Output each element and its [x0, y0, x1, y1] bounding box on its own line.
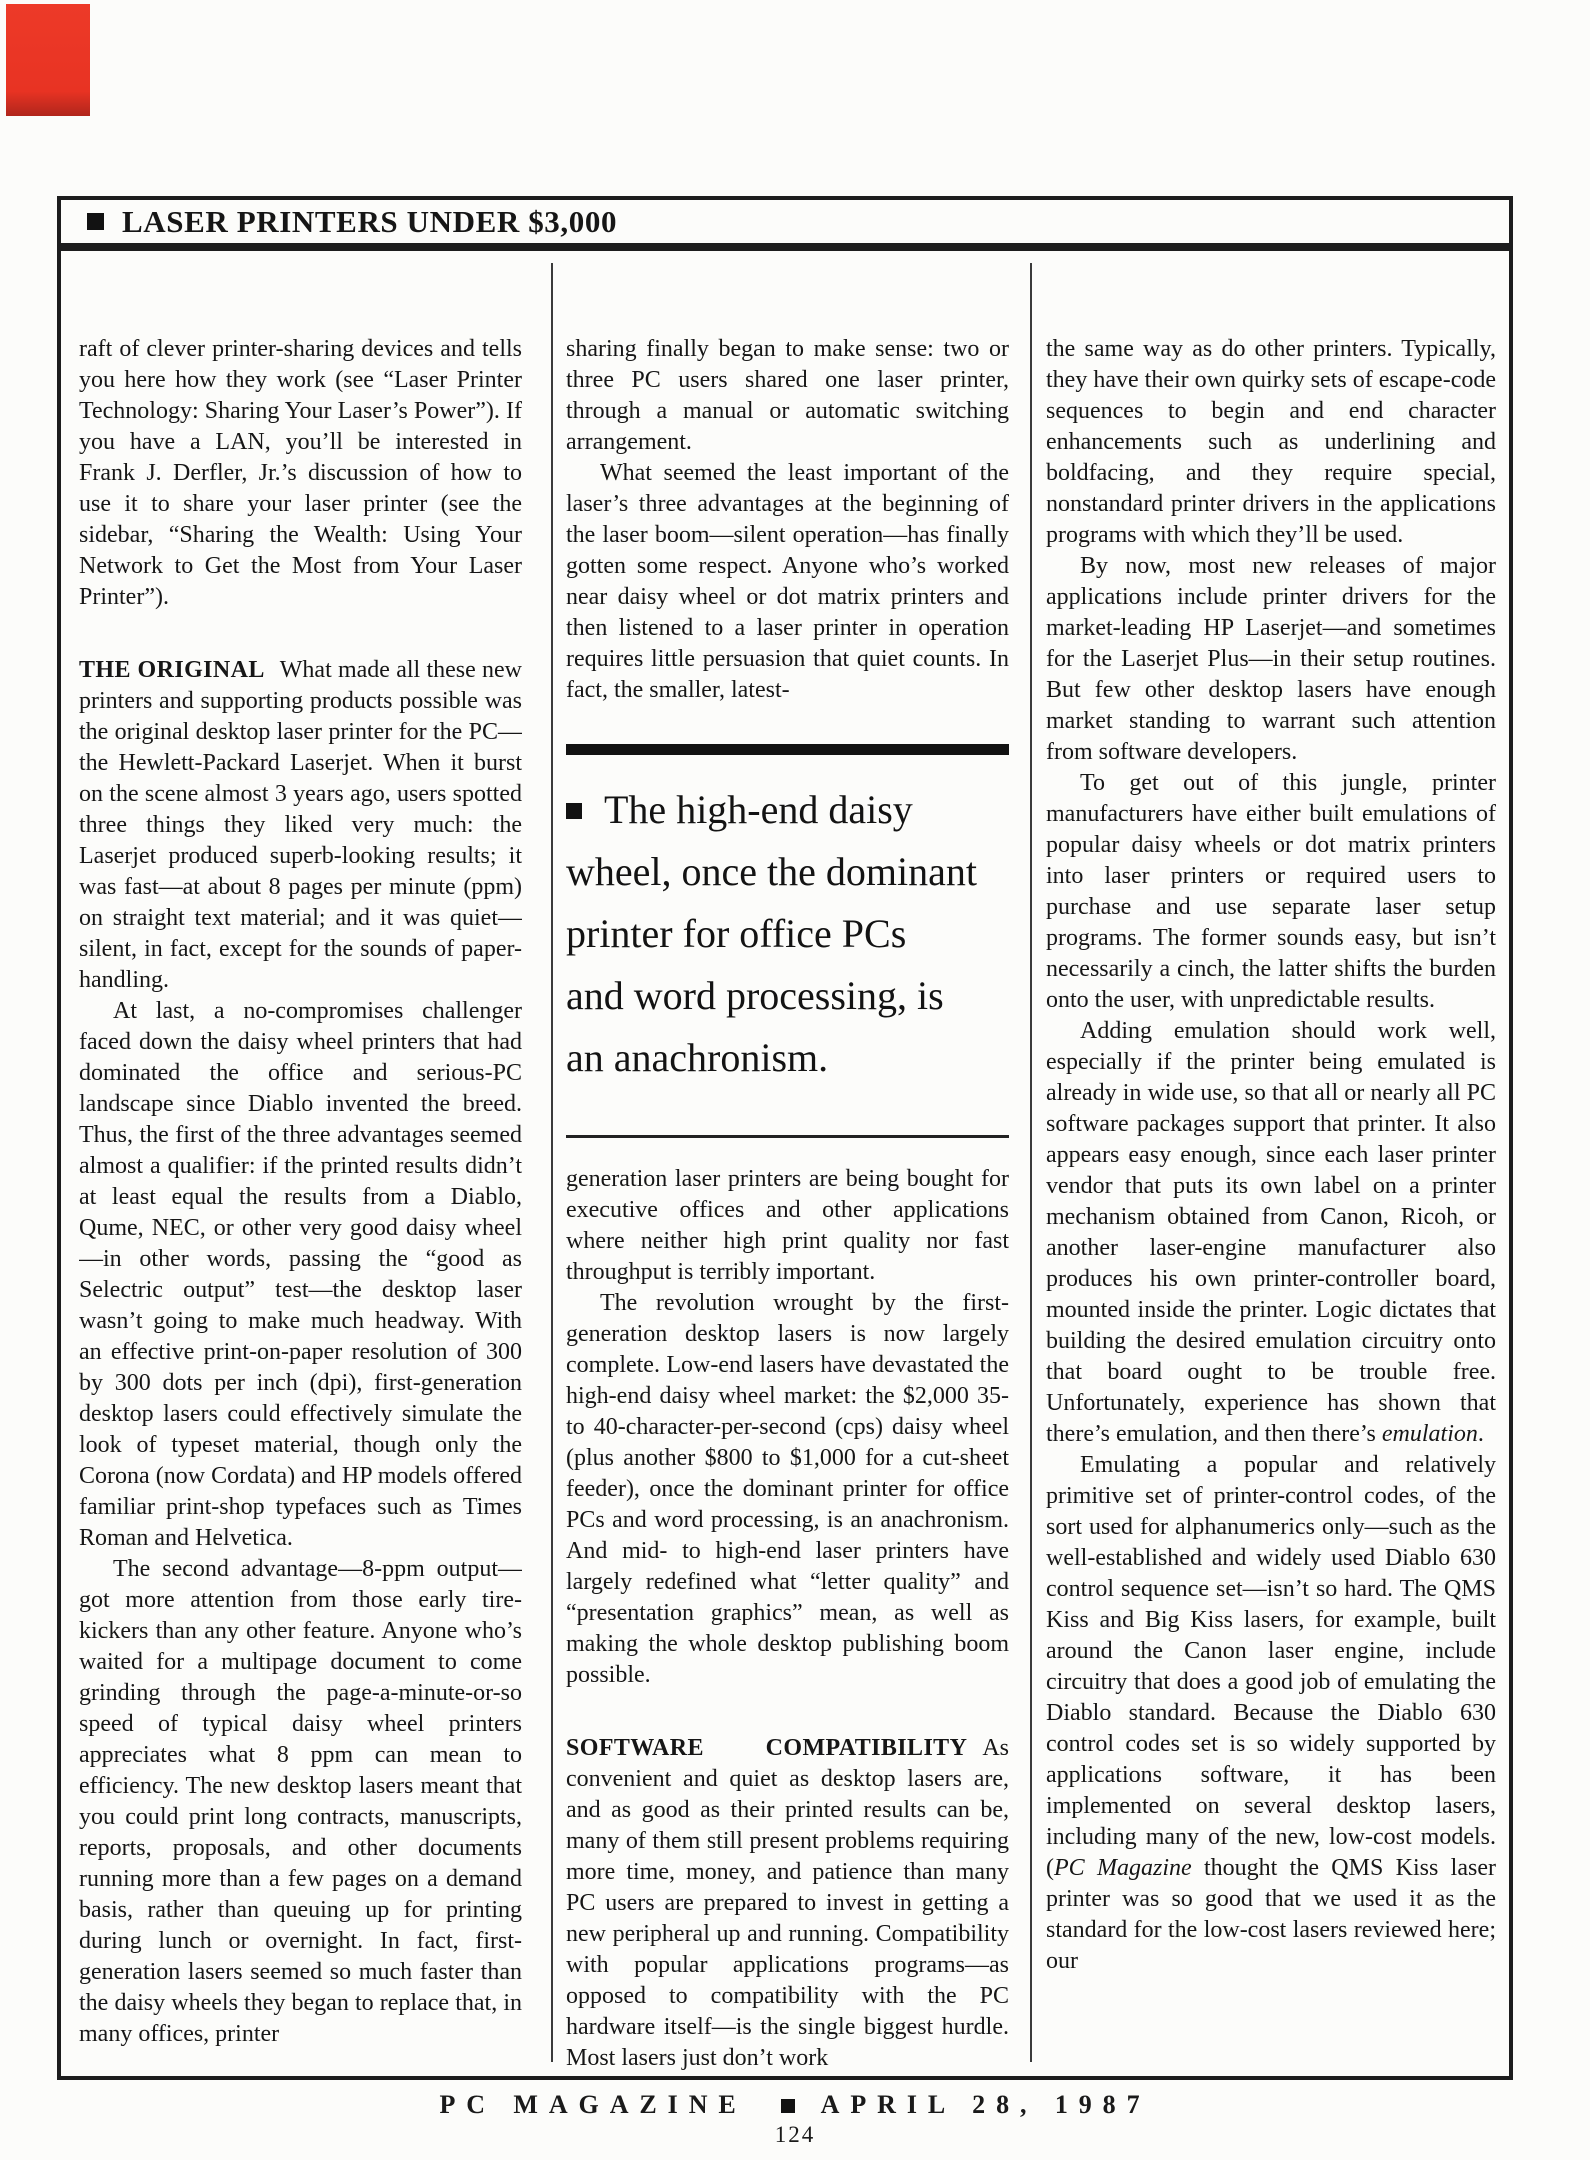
paragraph: By now, most new releases of major appli…	[1046, 551, 1496, 768]
column-2-lower-text: generation laser printers are being boug…	[566, 1164, 1009, 2074]
article-body-frame: raft of clever printer-sharing devices a…	[57, 247, 1513, 2080]
paragraph: the same way as do other printers. Typic…	[1046, 334, 1496, 551]
paragraph: The revolution wrought by the first-gene…	[566, 1288, 1009, 1691]
section-paragraph: THE ORIGINALWhat made all these new prin…	[79, 655, 522, 996]
paragraph: sharing finally began to make sense: two…	[566, 334, 1009, 458]
paragraph: Emulating a popular and relatively primi…	[1046, 1450, 1496, 1977]
text-segment: .	[1478, 1421, 1484, 1447]
pull-quote: The high-end daisywheel, once the domina…	[566, 744, 1009, 1138]
footer-magazine-name: PC MAGAZINE	[439, 2090, 746, 2119]
text-segment: raft of clever printer-sharing devices a…	[79, 336, 522, 610]
text-segment: What seemed the least important of the l…	[566, 460, 1009, 703]
text-segment: To get out of this jungle, printer manuf…	[1046, 770, 1496, 1013]
text-segment: By now, most new releases of major appli…	[1046, 553, 1496, 765]
magazine-page: LASER PRINTERS UNDER $3,000 raft of clev…	[0, 0, 1590, 2160]
page-number: 124	[0, 2122, 1590, 2148]
paragraph: generation laser printers are being boug…	[566, 1164, 1009, 1288]
page-footer: PC MAGAZINEAPRIL 28, 1987	[0, 2090, 1590, 2120]
text-segment: As convenient and quiet as desktop laser…	[566, 1735, 1009, 2071]
square-bullet-icon	[781, 2099, 795, 2113]
text-segment: What made all these new printers and sup…	[79, 657, 522, 993]
text-column-3: the same way as do other printers. Typic…	[1046, 334, 1496, 2074]
text-segment: the same way as do other printers. Typic…	[1046, 336, 1496, 548]
column-2-upper-text: sharing finally began to make sense: two…	[566, 334, 1009, 706]
paragraph: raft of clever printer-sharing devices a…	[79, 334, 522, 613]
italic-text: PC Magazine	[1054, 1855, 1192, 1881]
pull-quote-text: The high-end daisywheel, once the domina…	[566, 779, 1009, 1135]
footer-date: APRIL 28, 1987	[821, 2090, 1151, 2119]
red-scan-corner-mark	[6, 4, 90, 116]
pull-quote-top-rule	[566, 744, 1009, 755]
square-bullet-icon	[566, 803, 582, 819]
square-bullet-icon	[87, 213, 104, 230]
column-divider-rule	[551, 263, 553, 2062]
article-header-banner: LASER PRINTERS UNDER $3,000	[57, 196, 1513, 247]
section-heading: THE ORIGINAL	[79, 657, 265, 683]
pull-quote-lines: The high-end daisywheel, once the domina…	[566, 787, 977, 1080]
paragraph: What seemed the least important of the l…	[566, 458, 1009, 706]
text-segment: Emulating a popular and relatively primi…	[1046, 1452, 1496, 1881]
text-column-2: sharing finally began to make sense: two…	[566, 334, 1009, 2074]
text-column-1: raft of clever printer-sharing devices a…	[79, 334, 522, 2074]
paragraph: The second advantage—8-ppm output—got mo…	[79, 1554, 522, 2050]
italic-text: emulation	[1382, 1421, 1478, 1447]
text-segment: generation laser printers are being boug…	[566, 1166, 1009, 1285]
paragraph: To get out of this jungle, printer manuf…	[1046, 768, 1496, 1016]
text-segment: The second advantage—8-ppm output—got mo…	[79, 1556, 522, 2047]
column-divider-rule	[1030, 263, 1032, 2062]
text-segment: The revolution wrought by the first-gene…	[566, 1290, 1009, 1688]
section-heading: SOFTWARE COMPATIBILITY	[566, 1735, 967, 1761]
text-segment: Adding emulation should work well, espec…	[1046, 1018, 1496, 1447]
paragraph: At last, a no-compromises challenger fac…	[79, 996, 522, 1554]
article-title: LASER PRINTERS UNDER $3,000	[122, 204, 617, 240]
text-segment: sharing finally began to make sense: two…	[566, 336, 1009, 455]
section-paragraph: SOFTWARE COMPATIBILITYAs convenient and …	[566, 1733, 1009, 2074]
text-segment: At last, a no-compromises challenger fac…	[79, 998, 522, 1551]
paragraph: Adding emulation should work well, espec…	[1046, 1016, 1496, 1450]
